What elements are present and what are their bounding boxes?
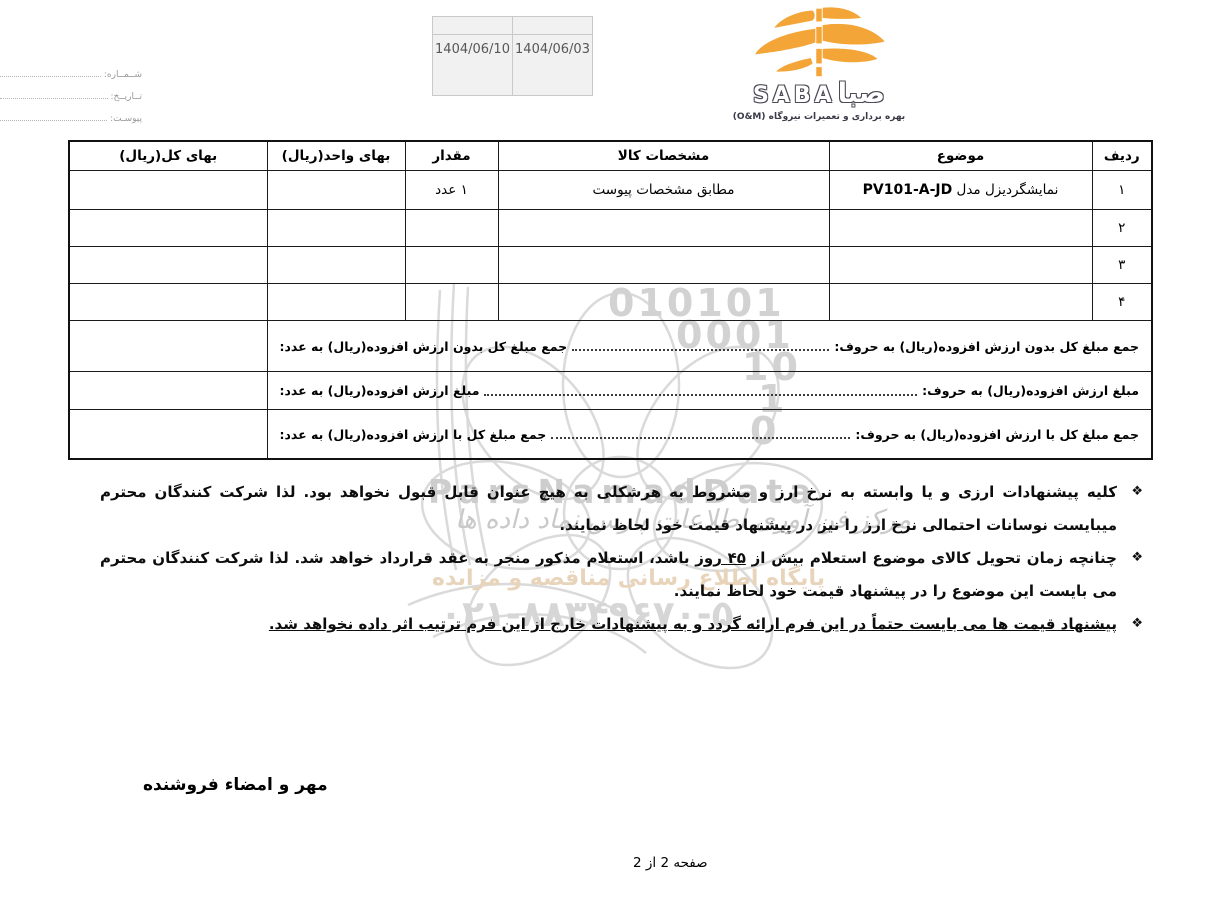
row-total-price[interactable] [69, 247, 267, 284]
ref-row-date: تــاریــخ: [0, 80, 142, 102]
reference-fields: شــمــاره: تــاریــخ: پیوسـت: [0, 58, 142, 124]
vat-amount-row: مبلغ ارزش افزوده(ریال) به حروف: مبلغ ارز… [69, 372, 1152, 410]
col-header-row-no: ردیف [1092, 141, 1152, 171]
terms-notes: ❖ کلیه پیشنهادات ارزی و یا وابسته به نرخ… [100, 476, 1143, 641]
inquiry-table: ردیف موضوع مشخصات کالا مقدار بهای واحد(ر… [68, 140, 1153, 460]
note-text: چنانچه زمان تحویل کالای موضوع استعلام بی… [100, 542, 1117, 608]
row-no: ۲ [1092, 210, 1152, 247]
diamond-bullet-icon: ❖ [1117, 476, 1143, 542]
number-label: شــمــاره: [101, 70, 142, 80]
row-specs: مطابق مشخصات پیوست [498, 171, 829, 210]
company-logo: صبا SABA بهره برداری و تعمیرات نیروگاه (… [724, 0, 914, 122]
col-header-subject: موضوع [829, 141, 1092, 171]
form-page: شــمــاره: تــاریــخ: پیوسـت: 1404/06/10… [0, 0, 1213, 922]
vat-digits-label: مبلغ ارزش افزوده(ریال) به عدد: [280, 383, 480, 398]
vat-words-label: مبلغ ارزش افزوده(ریال) به حروف: [922, 383, 1139, 398]
row-unit-price[interactable] [267, 284, 405, 321]
col-header-total-price: بهای کل(ریال) [69, 141, 267, 171]
row-specs[interactable] [498, 210, 829, 247]
total-with-vat-cell: جمع مبلغ کل با ارزش افزوده(ریال) به حروف… [267, 410, 1152, 460]
total-with-vat-row: جمع مبلغ کل با ارزش افزوده(ریال) به حروف… [69, 410, 1152, 460]
col-header-qty: مقدار [405, 141, 498, 171]
row-total-price[interactable] [69, 210, 267, 247]
diamond-bullet-icon: ❖ [1117, 608, 1143, 641]
date-label: تــاریــخ: [108, 92, 143, 102]
total-without-vat-row: جمع مبلغ کل بدون ارزش افزوده(ریال) به حر… [69, 321, 1152, 372]
table-row: ۲ [69, 210, 1152, 247]
row-qty[interactable] [405, 210, 498, 247]
row-unit-price[interactable] [267, 210, 405, 247]
row-no: ۱ [1092, 171, 1152, 210]
row-specs[interactable] [498, 284, 829, 321]
total-with-vat-value-cell[interactable] [69, 410, 267, 460]
delivery-days-emphasis: ۴۵ روز [695, 549, 746, 567]
ref-row-attachment: پیوسـت: [0, 102, 142, 124]
fill-in-dotted-line[interactable] [551, 437, 850, 439]
table-row: ۳ [69, 247, 1152, 284]
date-cell-1: 1404/06/10 [433, 35, 513, 96]
table-row: ۴ [69, 284, 1152, 321]
row-total-price[interactable] [69, 171, 267, 210]
fill-in-dotted-line[interactable] [572, 349, 829, 351]
subject-model: PV101-A-JD [863, 182, 953, 198]
vat-amount-cell: مبلغ ارزش افزوده(ریال) به حروف: مبلغ ارز… [267, 372, 1152, 410]
col-header-unit-price: بهای واحد(ریال) [267, 141, 405, 171]
row-qty[interactable] [405, 247, 498, 284]
row-qty[interactable] [405, 284, 498, 321]
fill-in-dotted-line[interactable] [484, 394, 917, 396]
row-subject: نمایشگردیزل مدل PV101-A-JD [829, 171, 1092, 210]
note-text: کلیه پیشنهادات ارزی و یا وابسته به نرخ ا… [100, 476, 1117, 542]
row-no: ۳ [1092, 247, 1152, 284]
note-delivery-terms: ❖ چنانچه زمان تحویل کالای موضوع استعلام … [100, 542, 1143, 608]
total-without-vat-value-cell[interactable] [69, 321, 267, 372]
date-header-cell-2 [513, 17, 593, 35]
logo-wordmark: صبا SABA [724, 78, 914, 109]
logo-text-fa: صبا [838, 78, 885, 109]
total-without-vat-words-label: جمع مبلغ کل بدون ارزش افزوده(ریال) به حر… [834, 339, 1139, 354]
date-header-cell-1 [433, 17, 513, 35]
total-with-vat-words-label: جمع مبلغ کل با ارزش افزوده(ریال) به حروف… [855, 427, 1139, 442]
total-with-vat-digits-label: جمع مبلغ کل با ارزش افزوده(ریال) به عدد: [280, 427, 547, 442]
date-fill-line [0, 98, 108, 99]
row-subject[interactable] [829, 247, 1092, 284]
seller-signature-label: مهر و امضاء فروشنده [143, 775, 328, 795]
vat-value-cell[interactable] [69, 372, 267, 410]
note-form-requirement: ❖ پیشنهاد قیمت ها می بایست حتماً در این … [100, 608, 1143, 641]
saba-globe-icon [746, 2, 892, 82]
attachment-label: پیوسـت: [107, 114, 142, 124]
note-text: پیشنهاد قیمت ها می بایست حتماً در این فر… [100, 608, 1117, 641]
table-header-row: ردیف موضوع مشخصات کالا مقدار بهای واحد(ر… [69, 141, 1152, 171]
logo-text-latin: SABA [753, 83, 836, 108]
subject-text: نمایشگردیزل مدل [952, 182, 1058, 198]
attachment-fill-line [0, 120, 107, 121]
col-header-specs: مشخصات کالا [498, 141, 829, 171]
diamond-bullet-icon: ❖ [1117, 542, 1143, 608]
logo-subtitle: بهره برداری و تعمیرات نیروگاه (O&M) [724, 112, 914, 122]
table-row: ۱ نمایشگردیزل مدل PV101-A-JD مطابق مشخصا… [69, 171, 1152, 210]
row-qty: ۱ عدد [405, 171, 498, 210]
row-subject[interactable] [829, 284, 1092, 321]
total-without-vat-cell: جمع مبلغ کل بدون ارزش افزوده(ریال) به حر… [267, 321, 1152, 372]
note-currency-terms: ❖ کلیه پیشنهادات ارزی و یا وابسته به نرخ… [100, 476, 1143, 542]
row-unit-price[interactable] [267, 247, 405, 284]
page-number: صفحه 2 از 2 [633, 855, 708, 871]
row-subject[interactable] [829, 210, 1092, 247]
row-specs[interactable] [498, 247, 829, 284]
date-table-fragment: 1404/06/10 1404/06/03 [432, 16, 593, 96]
row-unit-price[interactable] [267, 171, 405, 210]
row-no: ۴ [1092, 284, 1152, 321]
row-total-price[interactable] [69, 284, 267, 321]
ref-row-number: شــمــاره: [0, 58, 142, 80]
total-without-vat-digits-label: جمع مبلغ کل بدون ارزش افزوده(ریال) به عد… [280, 339, 568, 354]
date-cell-2: 1404/06/03 [513, 35, 593, 96]
number-fill-line [0, 76, 101, 77]
